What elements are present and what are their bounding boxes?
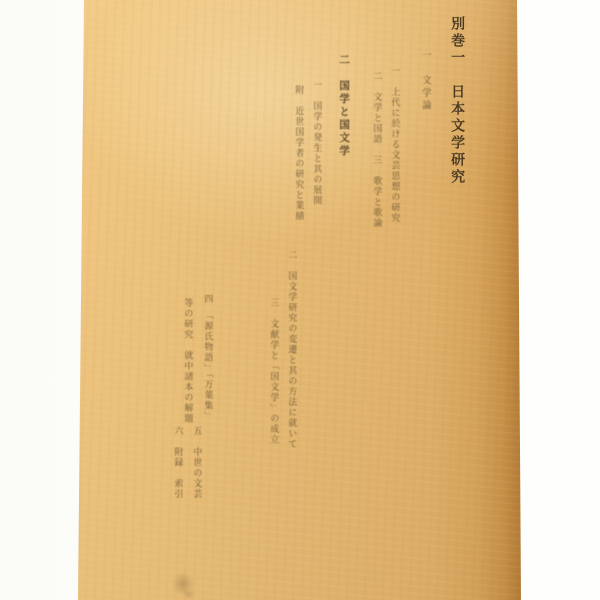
book-title: 別巻一 日本文学研究 [449, 16, 465, 186]
section-1-heading: 一 文学論 [419, 50, 430, 113]
toc-column: 等の研究 就中諸本の解題 [182, 298, 192, 424]
section-2-heading: 二 国学と国文学 [338, 54, 350, 158]
book-photo: 別巻一 日本文学研究 一 文学論 一 上代に於ける文芸思想の研究 二 文学と国語… [0, 0, 600, 600]
toc-column: 三 文献学と「国文学」の成立 [268, 298, 278, 445]
toc-column: 附 近世国学者の研究と業績 [293, 85, 303, 222]
toc-column: 六 附録 索引 [172, 426, 182, 500]
toc-column: 二 国文学研究の変遷と其の方法に就いて [286, 250, 296, 450]
toc-column: 一 上代に於ける文芸思想の研究 [389, 66, 399, 224]
toc-column: 五 中世の文芸 [191, 426, 201, 500]
toc-column: 一 国学の発生と其の展開 [311, 80, 321, 206]
toc-column: 四 「源氏物語」「万葉集」 [202, 294, 212, 422]
toc-column: 二 文学と国語 三 歌学と歌論 [371, 71, 381, 229]
ink-smudge [183, 590, 195, 599]
